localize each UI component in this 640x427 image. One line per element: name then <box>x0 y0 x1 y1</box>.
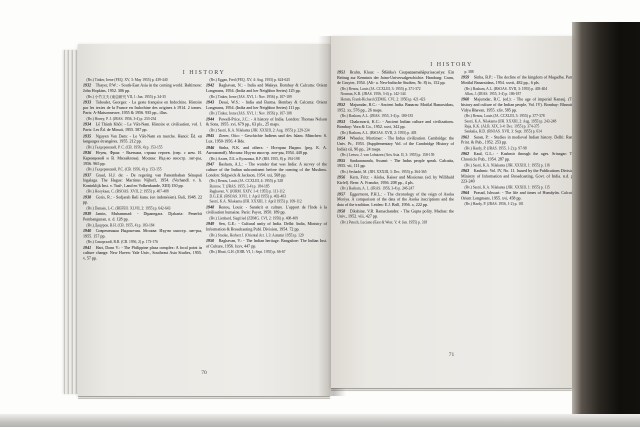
review-citation-line: (Rv.) Basham, A.L. (BSOAS. XVII, 2: 1955… <box>343 130 454 135</box>
review-citation-line: (Rv.) Hardy, P. (JRAS. 1955, 1-2) p. 97-… <box>467 146 572 151</box>
bibliography-entry: 1939Jamin, Muhammad: - Dipanegara. Djaka… <box>83 212 202 223</box>
review-citation-line: Sankalia, H.D. (BSOAS. XVII, 3: Sept. 19… <box>467 129 572 134</box>
review-citation-line: (Rv.) Damais, L-C. (BEFEO. XLVII, 2: 195… <box>89 206 202 211</box>
bibliography-entry: 1937Graaf, H.J. de: - De regering van Pa… <box>83 173 202 189</box>
review-citation-line: (Rv.) Tinker, Irene (JAS. XVI, 1: Nov. 1… <box>212 94 327 99</box>
review-citation-line: (Rv.) Дацуров, В.Н. (СВ. 1955, 4) p. 183… <box>89 223 202 228</box>
bibliography-entry: 1952Majumdar, R.C.: - Ancient India. Ban… <box>337 102 454 113</box>
bibliography-entry: 1933Taboulet, Georges: - La geste frança… <box>83 100 202 116</box>
entry-number: 1951 <box>337 70 345 75</box>
bibliography-entry: 1962Kaul, G.L.: - Kashmir through the ag… <box>461 152 572 163</box>
review-citation-line: (Rv.) Renou, Louis (JA. CCXLIII, 3: 1955… <box>343 86 454 91</box>
left-page-bottom-edge <box>78 396 330 401</box>
review-citation-line: (Rv.) Sastri, K.A. Nilakanta (JIH. XXXII… <box>212 128 327 133</box>
review-citation-line: Sastri, K.A. Nilakanta (JIH. XXXIII, 2: … <box>467 119 572 124</box>
left-page: I HISTORY (Rv.) Tinker, Irene (FEQ. XV, … <box>78 44 330 396</box>
entry-number: 1943 <box>206 100 214 105</box>
review-citation-line: (Rv.) Hooykaas, C. (BSOAS. XVII, 2: 1955… <box>89 189 202 194</box>
entry-number: 1938 <box>83 195 91 200</box>
bibliography-entry: 1946Sinha, N.K. and others: - История Ин… <box>206 145 327 156</box>
bibliography-entry: 1950Raghavan, V.: - The Indian heritage.… <box>206 239 327 250</box>
entry-number: 1956 <box>337 175 345 180</box>
right-page-column-1: 1951Bruhn, Klaus: - Śīlāṅka's Caupaṇṇama… <box>337 69 454 225</box>
review-citation-line: p. 388 <box>467 70 572 75</box>
bibliography-entry: 1934Lê Thành Khôi: - Le Viêt-Nam. Histoi… <box>83 122 202 133</box>
review-citation-line: (Rv.) Lienhard, Siegfried (ZDMG. CVI, 2:… <box>212 216 327 221</box>
review-citation-line: Norman, K.R. (JRAS. 1956, 3-4) p. 142-14… <box>343 92 454 97</box>
right-page-bottom-edge <box>331 388 572 393</box>
review-citation-line: (Rv.) Hardy, P. (JRAS. 1956, 1-2) p. 101 <box>467 202 572 207</box>
review-citation-line: Sastri, K.A. Nilakanta (JIH. XXXIII, 1: … <box>212 199 327 204</box>
bibliography-entry: 1945Zierer, Otto: - Geschichte Indiens u… <box>206 134 327 145</box>
bibliography-entry: 1949Sen, G.E.: - Cultural unity of India… <box>206 222 327 233</box>
entry-number: 1957 <box>337 192 345 197</box>
review-citation-line: (Rv.) Petech, Luciano (East & West. V, 4… <box>343 220 454 225</box>
entry-number: 1946 <box>206 145 214 150</box>
entry-number: 1933 <box>83 100 91 105</box>
bibliography-entry: 1959Sinha, B.P.: - The decline of the ki… <box>461 75 572 86</box>
bibliography-entry: 1947Basham, A.L.: - The wonder that was … <box>206 162 327 178</box>
entry-number: 1935 <box>83 134 91 139</box>
entry-number: 1945 <box>206 134 214 139</box>
bibliography-entry: 1932Thayer, P.W.: - South-East Asia in t… <box>83 83 202 94</box>
bibliography-entry: 1935Nguyen Van Dam: - Le Viêt-Nam en mar… <box>83 134 202 145</box>
review-citation-line: (Rv.) Sastri, K.A. Nilakanta (JIH. XXXII… <box>467 185 572 190</box>
review-citation-line: (Rv.) Галдеревский, Р. С. (СВ. 1956, 4) … <box>89 145 202 150</box>
scanned-book-spread: I HISTORY (Rv.) Tinker, Irene (FEQ. XV, … <box>0 0 640 427</box>
bibliography-entry: 1943Desai, W.S.: - India and Burma. Bomb… <box>206 100 327 111</box>
bibliography-entry: 1958Dikshitar, V.R. Ramachandra: - The G… <box>337 209 454 220</box>
review-citation-line: Hamm, Frank-Richard (ZDMG. CVI, 2: 1956)… <box>343 97 454 102</box>
right-page: I HISTORY 1951Bruhn, Klaus: - Śīlāṅka's … <box>331 36 572 388</box>
page-stack-edge <box>64 50 79 394</box>
review-citation-line: (Rv.) Renou, Louis (JA. CCXLIII, 4: 1955… <box>212 179 327 184</box>
review-citation-line: (Rv.) Сикорский, В.В. (СВ. 1956, 2) p. 1… <box>89 240 202 245</box>
entry-number: 1932 <box>83 83 91 88</box>
review-citation-line: (Rv.) Basham, A. L. (JRAS. 1956, 3-4) p.… <box>343 186 454 191</box>
entry-number: 1953 <box>337 119 345 124</box>
bibliography-entry: 1964Prasad, Ishwari: - The life and time… <box>461 191 572 202</box>
entry-number: 1952 <box>337 102 345 107</box>
bibliography-entry: 1957Eggermont, P.H.L.: - The chronology … <box>337 192 454 208</box>
entry-number: 1963 <box>461 168 469 173</box>
entry-number: 1949 <box>206 222 214 227</box>
bibliography-entry: 1938Goris, R.: - Sedjarah Bali kuna. (en… <box>83 195 202 206</box>
scan-bed-edge <box>0 414 640 427</box>
entry-number: 1959 <box>461 75 469 80</box>
entry-number: 1958 <box>337 209 345 214</box>
entry-number: 1944 <box>206 117 214 122</box>
bibliography-entry: 1942Raghavan, N.: - India and Malaya. Bo… <box>206 83 327 94</box>
bibliography-entry: 1948Renou, Louis: - Sanskrit et culture.… <box>206 205 327 216</box>
page-number: 71 <box>331 352 572 358</box>
review-citation-line: Burrow, T. (JRAS. 1955, 3-4) p. 184-185 <box>212 184 327 189</box>
bibliography-entry: 1944Powell-Price, J.C.: - A history of I… <box>206 117 327 128</box>
review-citation-line: (Rv.) Sastri, K.A. Nilakanta (JIH. XXXII… <box>467 163 572 168</box>
entry-number: 1934 <box>83 122 91 127</box>
entry-number: 1954 <box>337 136 345 141</box>
bibliography-entry: 1960Majumdar, R.C. (ed.): - The age of i… <box>461 97 572 113</box>
review-citation-line: Raja, K.K. (ALB. XIX, 3-4: Dec. 1955) p.… <box>467 124 572 129</box>
entry-number: 1960 <box>461 97 469 102</box>
review-citation-line: Raghavan, V. (JORM. XXIV, 1-4: 1955) p. … <box>212 189 327 194</box>
review-citation-line: (Rv.) Алаев, Л.Б. и Кульпина, В.Р. (ВИ. … <box>212 156 327 161</box>
left-page-column-2: (Rv.) Eggan, Fred (FEQ. XV, 4: Aug. 1955… <box>206 77 327 254</box>
review-citation-line: (Rv.) Basham, A.L. (BSOAS. XVII, 3: 1955… <box>467 86 572 91</box>
running-header: I HISTORY <box>78 70 330 76</box>
bibliography-entry: 1963Kashmir. Vol. IV, No. 11. Issued by … <box>461 168 572 184</box>
scan-background-shadow <box>572 22 640 416</box>
entry-number: 1964 <box>461 191 469 196</box>
review-citation-line: (Rv.) 小竹文夫 (東亞研究 VII, 1: Jan. 1955) p. 3… <box>89 94 202 99</box>
review-citation-line: (Rv.) Галдеревский, Р.С. (СВ. 1956, 4) p… <box>89 167 202 172</box>
right-page-column-2: p. 3881959Sinha, B.P.: - The decline of … <box>461 69 572 206</box>
bibliography-entry: 1940Современная Индонезия. Москва: Изд-в… <box>83 229 202 240</box>
entry-number: 1950 <box>206 239 214 244</box>
review-citation-line: (Rv.) Seshadri, M. (JIH. XXXIII, 3: Dec.… <box>343 169 454 174</box>
review-citation-line: (Rv.) Stooke, Herbert J. (Oriental Art. … <box>212 233 327 238</box>
bibliography-entry: 1956Kern, Fritz: - Aśoka, Kaiser und Mis… <box>337 175 454 186</box>
review-citation-line: D.G.E.H. (BSOAS. XVII, 1: April 1955) p.… <box>212 194 327 199</box>
entry-number: 1942 <box>206 83 214 88</box>
entry-number: 1961 <box>461 135 469 140</box>
review-citation-line: (Rv.) Tinker, Irene (JAS. XVI, 1: Nov. 1… <box>212 111 327 116</box>
entry-number: 1955 <box>337 158 345 163</box>
review-citation-line: Allan, J. (JRAS. 1955, 3-4) p. 186-187 <box>467 91 572 96</box>
review-citation-line: (Rv.) Bhatt, G.H. (JOIB. VI, 1: Sept. 19… <box>212 250 327 255</box>
review-citation-line: (Rv.) Honey, P. J. (JRAS. 1956, 3-4) p. … <box>89 116 202 121</box>
page-number: 70 <box>78 370 330 376</box>
entry-number: 1936 <box>83 151 91 156</box>
bibliography-entry: 1953Chakravarti, K.C.: - Ancient Indian … <box>337 119 454 130</box>
running-header: I HISTORY <box>331 62 572 68</box>
entry-number: 1962 <box>461 152 469 157</box>
entry-number: 1948 <box>206 205 214 210</box>
bibliography-entry: 1955Sankarananda, Swami: - The Indus peo… <box>337 158 454 169</box>
bibliography-entry: 1941Hart, Donn V.: - The Philippine plaz… <box>83 245 202 261</box>
review-citation-line: (Rv.) Basham, A.L. (JRAS. 1955, 3-4) p. … <box>343 114 454 119</box>
review-citation-line: (Rv.) Leeuw, J. van Lohuizen (Arts Asia.… <box>343 153 454 158</box>
entry-number: 1941 <box>83 245 91 250</box>
review-citation-line: (Rv.) Renou, Louis (JA. CCXLIII, 3: 1955… <box>467 114 572 119</box>
entry-number: 1939 <box>83 212 91 217</box>
left-page-column-1: (Rv.) Tinker, Irene (FEQ. XV, 3: May 195… <box>83 77 202 261</box>
review-citation-line: (Rv.) Eggan, Fred (FEQ. XV, 4: Aug. 1955… <box>212 78 327 83</box>
entry-number: 1947 <box>206 162 214 167</box>
entry-number: 1940 <box>83 229 91 234</box>
entry-number: 1937 <box>83 173 91 178</box>
bibliography-entry: 1936Нгуен, Фран: - Вьетнам, страна герое… <box>83 151 202 167</box>
bibliography-entry: 1954Wheeler, Mortimer: - The Indus civil… <box>337 136 454 152</box>
bibliography-entry: 1961Saran, P.: - Studies in medieval Ind… <box>461 135 572 146</box>
bibliography-entry: 1951Bruhn, Klaus: - Śīlāṅka's Caupaṇṇama… <box>337 70 454 86</box>
review-citation-line: (Rv.) Tinker, Irene (FEQ. XV, 3: May 195… <box>89 78 202 83</box>
